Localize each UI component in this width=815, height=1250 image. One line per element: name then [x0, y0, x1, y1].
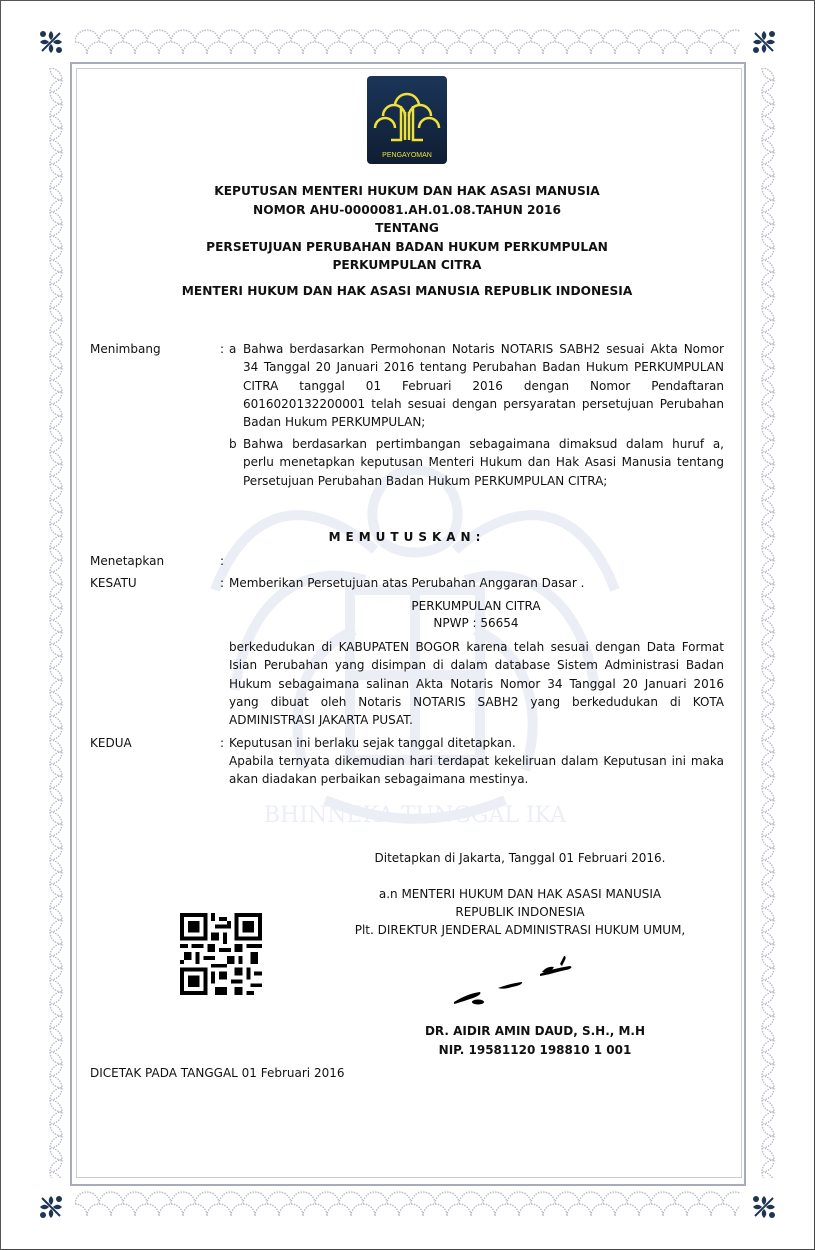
- logo-text: PENGAYOMAN: [367, 152, 447, 159]
- kesatu-text: Memberikan Persetujuan atas Perubahan An…: [229, 574, 584, 592]
- an-line-2: REPUBLIK INDONESIA: [340, 903, 700, 921]
- title-line: TENTANG: [90, 219, 724, 238]
- minister-heading: MENTERI HUKUM DAN HAK ASASI MANUSIA REPU…: [90, 282, 724, 301]
- title-line: KEPUTUSAN MENTERI HUKUM DAN HAK ASASI MA…: [90, 182, 724, 201]
- printed-date: DICETAK PADA TANGGAL 01 Februari 2016: [90, 1064, 345, 1082]
- title-line: PERKUMPULAN CITRA: [90, 256, 724, 275]
- menetapkan-colon: :: [220, 552, 224, 570]
- an-line-1: a.n MENTERI HUKUM DAN HAK ASASI MANUSIA: [340, 885, 700, 903]
- document-title: KEPUTUSAN MENTERI HUKUM DAN HAK ASASI MA…: [90, 182, 724, 275]
- scallop-border-bottom: [75, 1188, 740, 1222]
- pengayoman-tree-icon: [367, 76, 447, 146]
- ornament-corner-icon: [751, 1194, 777, 1220]
- an-line-3: Plt. DIREKTUR JENDERAL ADMINISTRASI HUKU…: [340, 921, 700, 939]
- kedua-line-2: Apabila ternyata dikemudian hari terdapa…: [229, 752, 724, 789]
- item-marker-a: a: [229, 340, 236, 358]
- qr-code-icon: [180, 913, 262, 995]
- kesatu-detail: berkedudukan di KABUPATEN BOGOR karena t…: [229, 638, 724, 729]
- signer-nip: NIP. 19581120 198810 1 001: [340, 1041, 730, 1060]
- entity-name: PERKUMPULAN CITRA: [376, 597, 576, 615]
- pengayoman-logo: PENGAYOMAN: [367, 76, 447, 164]
- menimbang-item-a: Bahwa berdasarkan Permohonan Notaris NOT…: [243, 340, 724, 431]
- ornament-corner-icon: [38, 29, 64, 55]
- npwp: NPWP : 56654: [376, 614, 576, 632]
- kedua-colon: :: [220, 734, 224, 752]
- svg-text:BHINNEKA TUNGGAL IKA: BHINNEKA TUNGGAL IKA: [264, 803, 567, 828]
- menetapkan-label: Menetapkan: [90, 552, 164, 570]
- ditetapkan-date: Ditetapkan di Jakarta, Tanggal 01 Februa…: [340, 849, 700, 867]
- signature-image: [450, 950, 590, 1010]
- item-marker-b: b: [229, 435, 237, 453]
- decree-number: NOMOR AHU-0000081.AH.01.08.TAHUN 2016: [90, 201, 724, 220]
- memutuskan-heading: MEMUTUSKAN:: [90, 530, 724, 544]
- kesatu-label: KESATU: [90, 574, 137, 592]
- kedua-label: KEDUA: [90, 734, 132, 752]
- title-line: PERSETUJUAN PERUBAHAN BADAN HUKUM PERKUM…: [90, 238, 724, 257]
- ornament-corner-icon: [751, 29, 777, 55]
- scallop-border-top: [75, 26, 740, 60]
- signer-name: DR. AIDIR AMIN DAUD, S.H., M.H: [340, 1022, 730, 1041]
- kesatu-colon: :: [220, 574, 224, 592]
- ornament-corner-icon: [38, 1194, 64, 1220]
- menimbang-label: Menimbang: [90, 340, 161, 358]
- kedua-line-1: Keputusan ini berlaku sejak tanggal dite…: [229, 734, 724, 752]
- scallop-border-left: [34, 68, 68, 1178]
- scallop-border-right: [746, 68, 780, 1178]
- menimbang-colon: :: [220, 340, 224, 358]
- menimbang-item-b: Bahwa berdasarkan pertimbangan sebagaima…: [243, 435, 724, 490]
